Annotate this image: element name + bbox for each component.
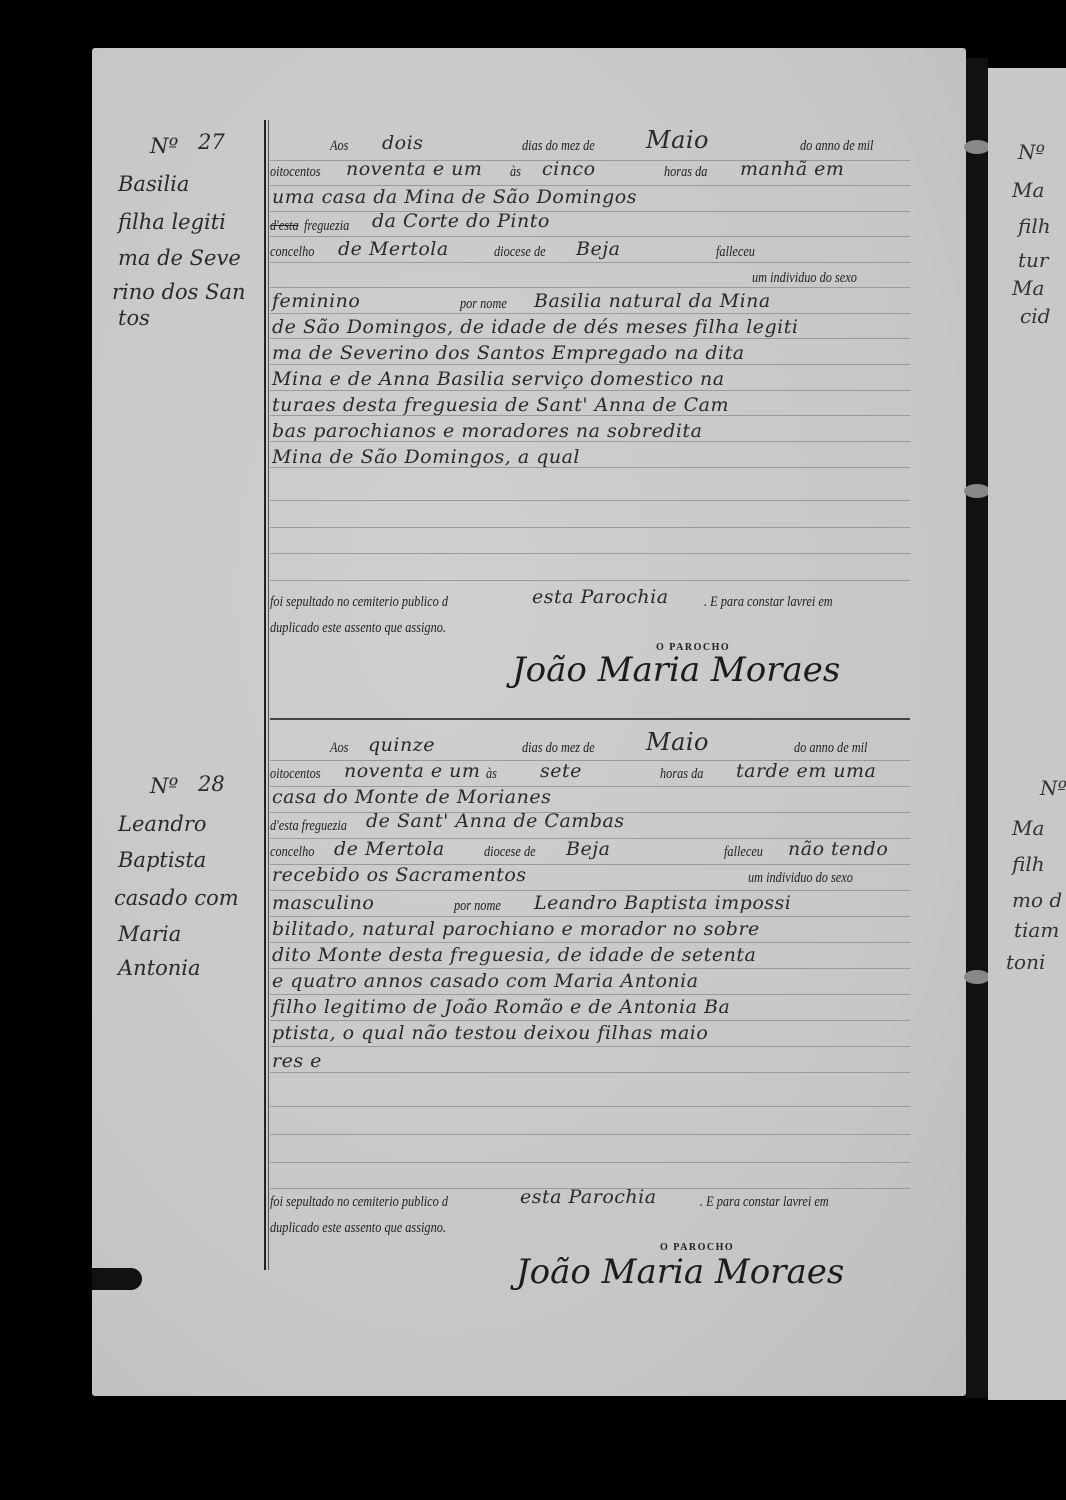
margin-line: Basilia — [118, 172, 189, 196]
priest-signature: João Maria Moraes — [512, 650, 840, 690]
body-line: Mina e de Anna Basilia serviço domestico… — [272, 368, 725, 390]
body-line: dito Monte desta freguesia, de idade de … — [272, 944, 756, 966]
entry-number: 28 — [198, 772, 225, 796]
margin-line: filha legiti — [118, 210, 226, 234]
book-gutter — [966, 58, 988, 1398]
municipality-field: de Mertola — [334, 838, 445, 860]
sacraments-field: recebido os Sacramentos — [272, 864, 527, 886]
entry-number-label: Nº — [150, 774, 178, 798]
struck-desta: d'esta — [270, 218, 299, 235]
day-field: dois — [382, 132, 423, 154]
entry-separator — [270, 718, 910, 720]
binding-stitch — [964, 970, 990, 984]
priest-signature: João Maria Moraes — [516, 1252, 844, 1292]
margin-line: tos — [118, 306, 150, 330]
body-line: Basilia natural da Mina — [534, 290, 771, 312]
place-field: uma casa da Mina de São Domingos — [272, 186, 637, 208]
municipality-field: de Mertola — [338, 238, 449, 260]
margin-line: ma de Seve — [118, 246, 241, 270]
binding-stitch — [964, 484, 990, 498]
margin-rule-inner — [268, 120, 269, 1270]
body-line: Mina de São Domingos, a qual — [272, 446, 580, 468]
sex-field: masculino — [272, 892, 374, 914]
entry-number: 27 — [198, 130, 225, 154]
margin-line: Antonia — [118, 956, 201, 980]
margin-line: Baptista — [118, 848, 206, 872]
parish-field: de Sant' Anna de Cambas — [366, 810, 625, 832]
parish-field: da Corte do Pinto — [372, 210, 550, 232]
margin-line: Leandro — [118, 812, 207, 836]
period-field: manhã em — [740, 158, 844, 180]
body-line: de São Domingos, de idade de dés meses f… — [272, 316, 798, 338]
entry-number-label: Nº — [150, 134, 178, 158]
body-line: bas parochianos e moradores na sobredita — [272, 420, 702, 442]
month-field: Maio — [646, 126, 709, 154]
period-field: tarde em uma — [736, 760, 876, 782]
margin-line: rino dos San — [112, 280, 246, 304]
sex-field: feminino — [272, 290, 360, 312]
month-field: Maio — [646, 728, 709, 756]
body-line: res e — [272, 1050, 322, 1072]
body-line: e quatro annos casado com Maria Antonia — [272, 970, 699, 992]
body-line: ptista, o qual não testou deixou filhas … — [272, 1022, 708, 1044]
falleceu-extra: não tendo — [788, 838, 888, 860]
body-line: bilitado, natural parochiano e morador n… — [272, 918, 760, 940]
diocese-field: Beja — [566, 838, 610, 860]
margin-line: casado com — [114, 886, 239, 910]
burial-place-field: esta Parochia — [520, 1186, 657, 1208]
margin-rule — [264, 120, 266, 1270]
hour-field: cinco — [542, 158, 596, 180]
place-field: casa do Monte de Morianes — [272, 786, 551, 808]
year-field: noventa e um — [346, 158, 482, 180]
diocese-field: Beja — [576, 238, 620, 260]
day-field: quinze — [368, 734, 435, 756]
body-line: ma de Severino dos Santos Empregado na d… — [272, 342, 745, 364]
body-line: filho legitimo de João Romão e de Antoni… — [272, 996, 730, 1018]
body-line: Leandro Baptista impossi — [534, 892, 791, 914]
binding-stitch — [964, 140, 990, 154]
burial-place-field: esta Parochia — [532, 586, 669, 608]
book-ribbon-tab — [92, 1268, 142, 1290]
body-line: turaes desta freguesia de Sant' Anna de … — [272, 394, 729, 416]
margin-line: Maria — [118, 922, 181, 946]
year-field: noventa e um — [344, 760, 480, 782]
hour-field: sete — [540, 760, 582, 782]
